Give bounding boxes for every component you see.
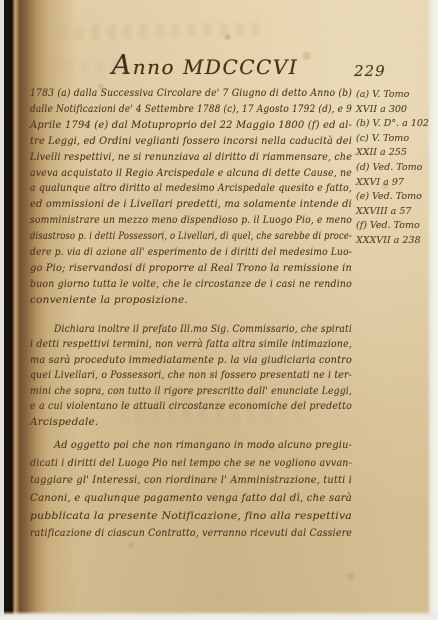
paragraph-1: 1783 (a) dalla Successiva Circolare de' …	[30, 86, 352, 309]
manuscript-line: disastroso p. i detti Possessori, o Live…	[30, 229, 288, 245]
manuscript-line: Dichiara inoltre il prefato Ill.mo Sig. …	[54, 322, 313, 338]
margin-notes: (a) V. Tomo XVII a 300 (b) V. D°. a 102 …	[356, 88, 436, 249]
manuscript-line: i detti respettivi termini, non verrà fa…	[30, 337, 318, 353]
margin-note-line: (c) V. Tomo	[356, 132, 436, 147]
paragraph-2: Dichiara inoltre il prefato Ill.mo Sig. …	[30, 322, 352, 431]
margin-note-line: XXVIII a 57	[356, 205, 436, 220]
manuscript-line: a qualunque altro diritto al medesimo Ar…	[30, 181, 315, 197]
margin-note-line: (f) Ved. Tomo	[356, 219, 436, 234]
margin-note-line: (d) Ved. Tomo	[356, 161, 436, 176]
page-number: 229	[354, 62, 386, 80]
margin-note-line: XXII a 255	[356, 146, 436, 161]
manuscript-body: 1783 (a) dalla Successiva Circolare de' …	[30, 86, 352, 543]
manuscript-line: Ad oggetto poi che non rimangano in modo…	[54, 437, 330, 455]
manuscript-line: somministrare un mezzo meno dispendioso …	[30, 213, 312, 229]
manuscript-line: conveniente la proposizione.	[30, 293, 352, 309]
manuscript-line: tre Leggi, ed Ordini veglianti fossero i…	[30, 134, 329, 150]
margin-note-line: (b) V. D°. a 102	[356, 117, 436, 132]
manuscript-line: quei Livellari, o Possessori, che non si…	[30, 368, 317, 384]
manuscript-line: Aprile 1794 (e) dal Motuproprio del 22 M…	[30, 118, 334, 134]
manuscript-line: 1783 (a) dalla Successiva Circolare de' …	[30, 86, 314, 102]
manuscript-line: taggiare gl' Interessi, con riordinare l…	[30, 472, 329, 490]
manuscript-line: aveva acquistato il Regio Arcispedale e …	[30, 166, 318, 182]
manuscript-line: pubblicata la presente Notificazione, fi…	[30, 508, 363, 526]
manuscript-line: dalle Notificazioni de' 4 Settembre 1788…	[30, 102, 304, 118]
margin-note-line: (e) Ved. Tomo	[356, 190, 436, 205]
manuscript-line: ed ommissioni de i Livellari predetti, m…	[30, 197, 332, 213]
margin-note-line: XXVI a 97	[356, 176, 436, 191]
margin-note-line: XVII a 300	[356, 103, 436, 118]
margin-note-line: XXXVII a 238	[356, 234, 436, 249]
manuscript-line: mini che sopra, con tutto il rigore pres…	[30, 384, 312, 400]
manuscript-line: buon giorno tutta le volte, che le circo…	[30, 277, 318, 293]
manuscript-line: ratificazione di ciascun Contratto, verr…	[30, 525, 319, 543]
page-title: Anno MDCCCVI	[72, 50, 338, 81]
manuscript-line: Arcispedale.	[30, 415, 352, 431]
manuscript-line: Livelli respettivi, ne si renunziava al …	[30, 150, 321, 166]
page-edge-bottom	[0, 611, 438, 620]
manuscript-scan: { "page": { "title": "Anno MDCCCVI", "pa…	[0, 0, 438, 620]
manuscript-line: e a cui violentano le attuali circostanz…	[30, 399, 320, 415]
manuscript-line: go Pio; riservandosi di proporre al Real…	[30, 261, 331, 277]
paragraph-3: Ad oggetto poi che non rimangano in modo…	[30, 437, 352, 543]
manuscript-line: ma sarà proceduto immediatamente p. la v…	[30, 353, 327, 369]
manuscript-line: Canoni, e qualunque pagamento venga fatt…	[30, 490, 342, 508]
margin-note-line: (a) V. Tomo	[356, 88, 436, 103]
manuscript-line: dere p. via di azione all' esperimento d…	[30, 245, 309, 261]
manuscript-line: dicati i diritti del Luogo Pio nel tempo…	[30, 455, 321, 473]
